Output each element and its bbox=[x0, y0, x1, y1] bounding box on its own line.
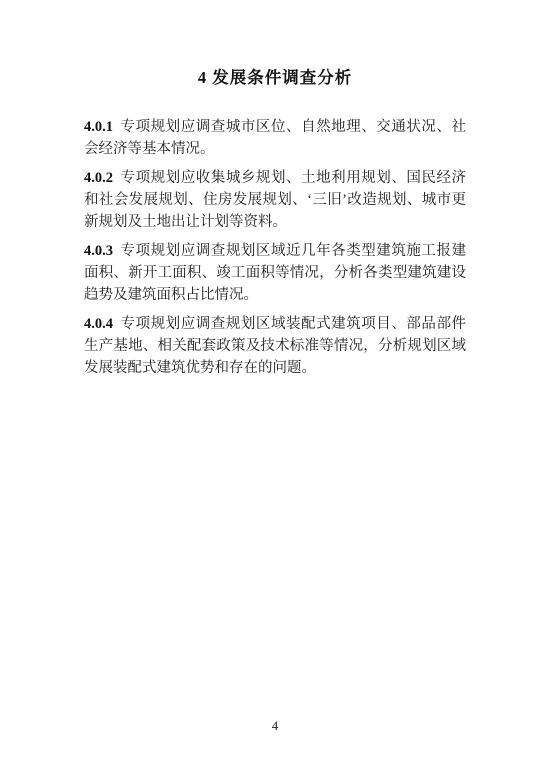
document-content: 4 发展条件调查分析 4.0.1专项规划应调查城市区位、自然地理、交通状况、社会… bbox=[0, 0, 550, 379]
clause-number: 4.0.2 bbox=[84, 170, 113, 186]
clause-4-0-4: 4.0.4专项规划应调查规划区域装配式建筑项目、部品部件生产基地、相关配套政策及… bbox=[84, 313, 466, 379]
clause-number: 4.0.1 bbox=[84, 119, 113, 135]
clause-text: 专项规划应调查城市区位、自然地理、交通状况、社会经济等基本情况。 bbox=[84, 119, 466, 157]
clause-number: 4.0.4 bbox=[84, 316, 113, 332]
section-title: 4 发展条件调查分析 bbox=[84, 64, 466, 88]
clause-number: 4.0.3 bbox=[84, 243, 113, 259]
page-number: 4 bbox=[0, 719, 550, 734]
document-page: 4 发展条件调查分析 4.0.1专项规划应调查城市区位、自然地理、交通状况、社会… bbox=[0, 0, 550, 778]
clause-4-0-2: 4.0.2专项规划应收集城乡规划、土地利用规划、国民经济和社会发展规划、住房发展… bbox=[84, 167, 466, 233]
clause-text: 专项规划应收集城乡规划、土地利用规划、国民经济和社会发展规划、住房发展规划、‘三… bbox=[84, 170, 466, 230]
clause-4-0-3: 4.0.3专项规划应调查规划区域近几年各类型建筑施工报建面积、新开工面积、竣工面… bbox=[84, 240, 466, 306]
clause-text: 专项规划应调查规划区域装配式建筑项目、部品部件生产基地、相关配套政策及技术标准等… bbox=[84, 316, 466, 376]
clause-4-0-1: 4.0.1专项规划应调查城市区位、自然地理、交通状况、社会经济等基本情况。 bbox=[84, 116, 466, 160]
clause-text: 专项规划应调查规划区域近几年各类型建筑施工报建面积、新开工面积、竣工面积等情况，… bbox=[84, 243, 466, 303]
